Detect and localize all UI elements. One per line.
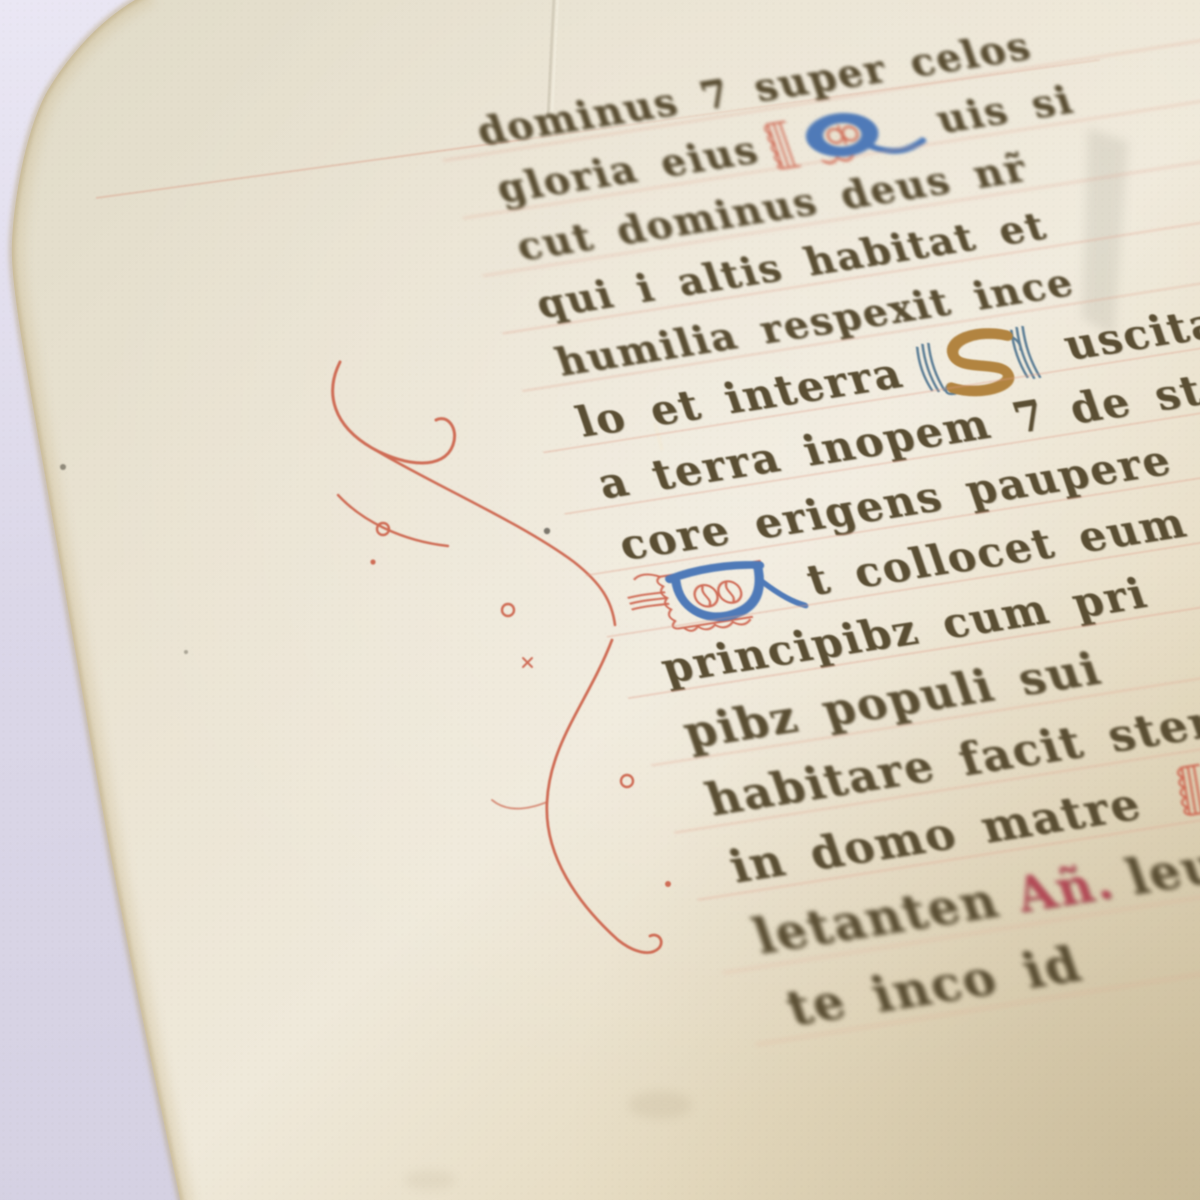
ink-speck-2 <box>544 528 550 534</box>
rubric-antiphon-marker: Añ. <box>1007 853 1122 924</box>
ink-speck-3 <box>184 650 188 654</box>
ink-speck <box>60 464 66 470</box>
flourish-dot <box>370 559 375 564</box>
flourish-dot-2 <box>665 881 671 887</box>
stain-smudge-2 <box>404 1170 456 1190</box>
stain-smudge <box>628 1091 692 1119</box>
manuscript-photo: dominus 7 super celos gloria eius <box>0 0 1200 1200</box>
